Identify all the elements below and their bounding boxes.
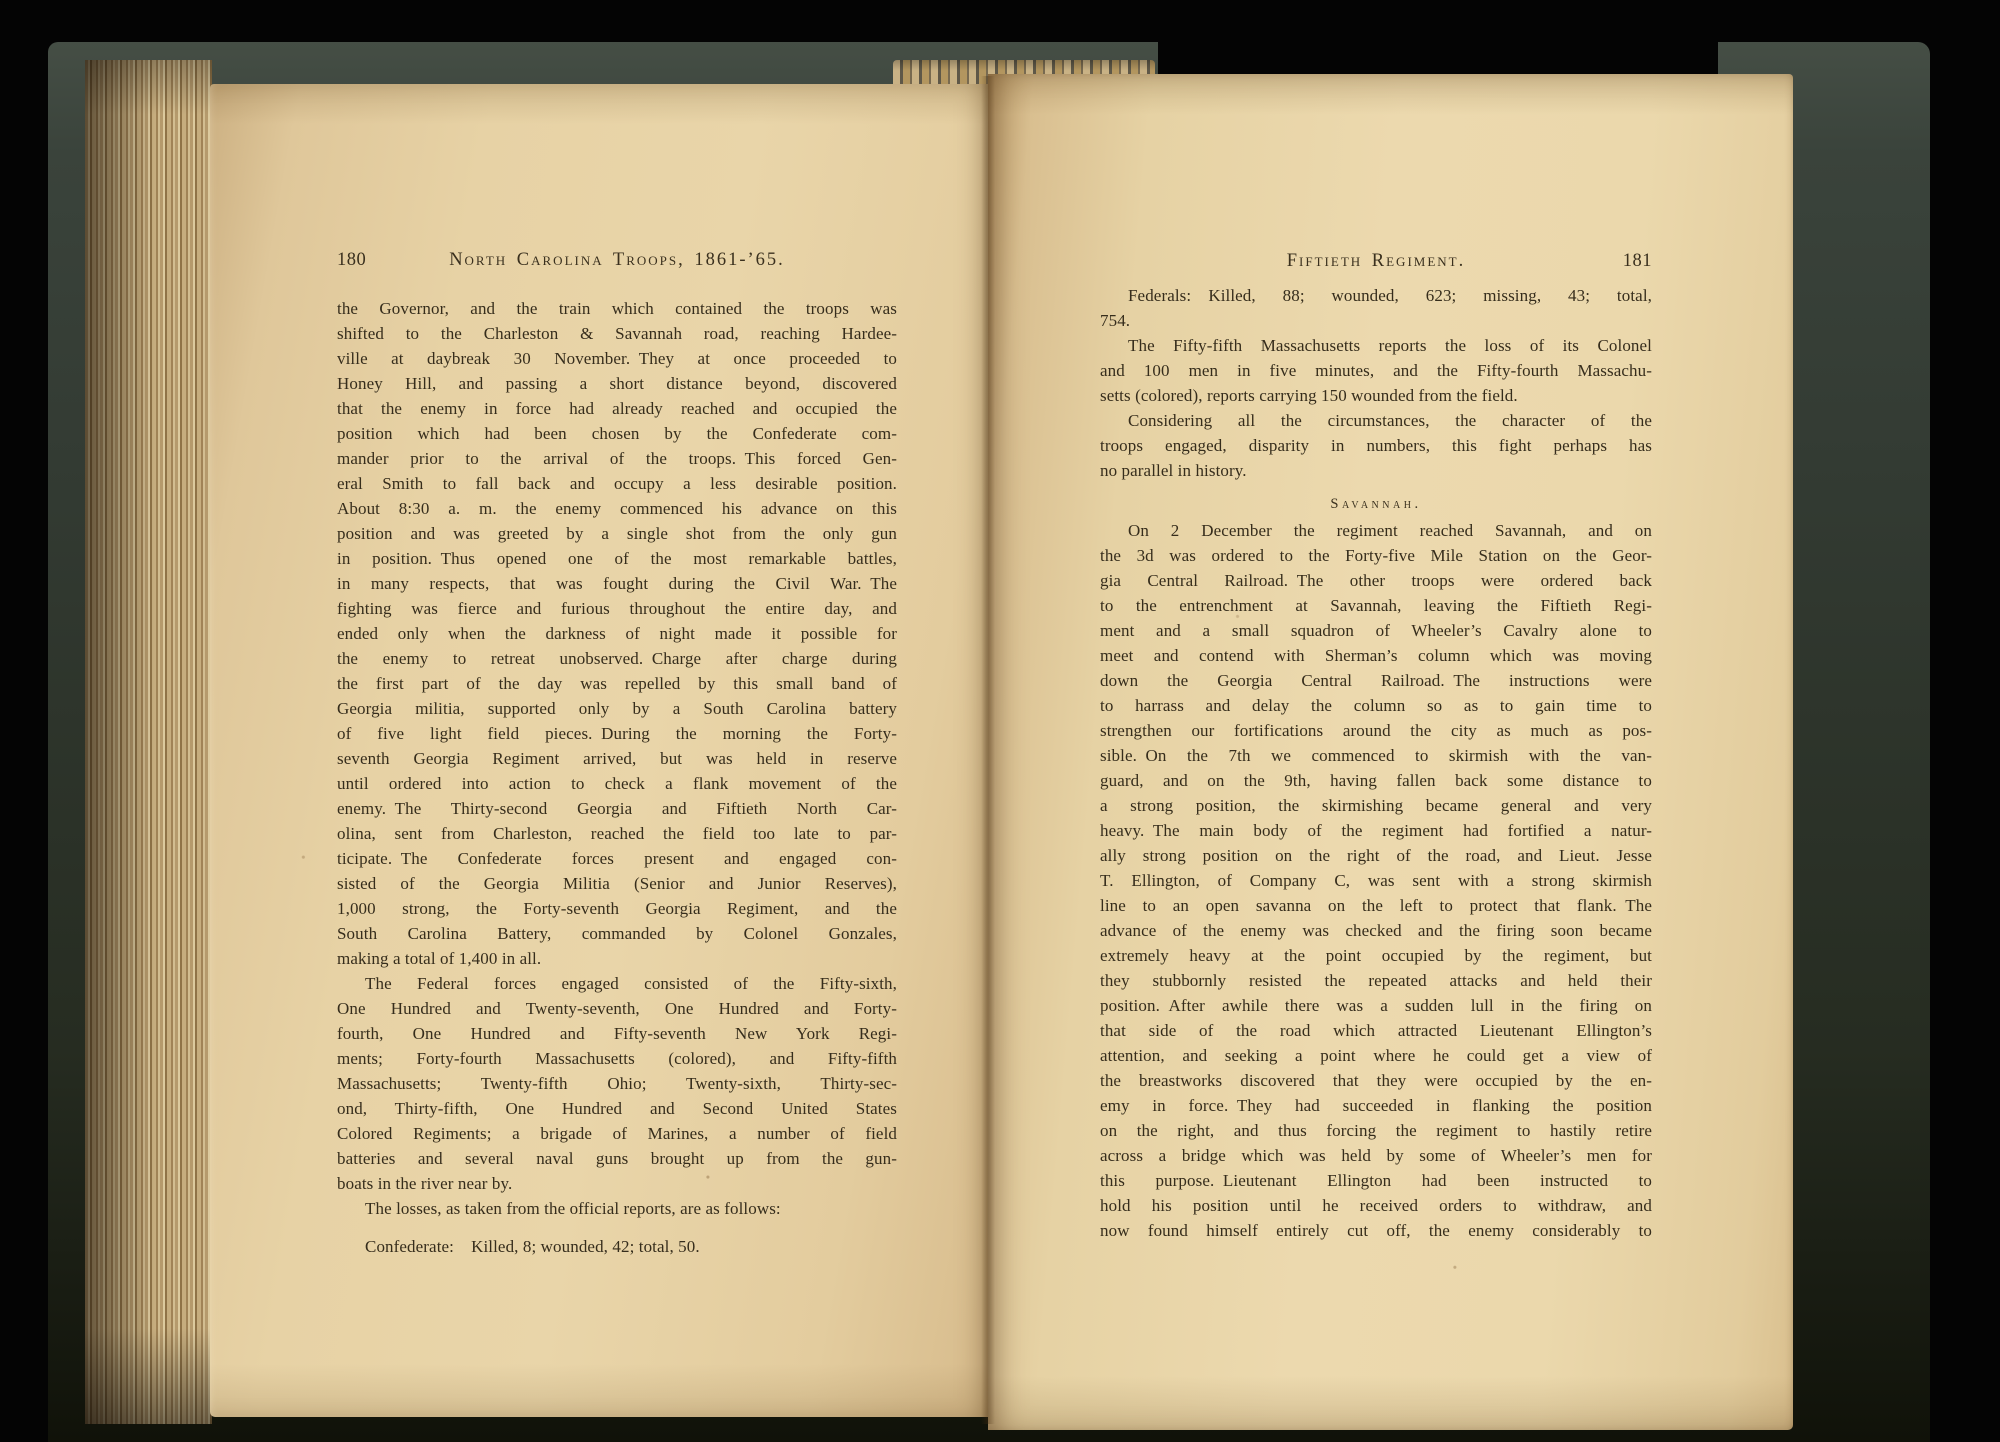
text-line: On 2 December the regiment reached Savan… [1100, 518, 1652, 543]
text-line: About 8:30 a. m. the enemy commenced his… [337, 496, 897, 521]
text-line: ment and a small squadron of Wheeler’s C… [1100, 618, 1652, 643]
text-line: now found himself entirely cut off, the … [1100, 1218, 1652, 1243]
text-line: boats in the river near by. [337, 1171, 897, 1196]
text-line: extremely heavy at the point occupied by… [1100, 943, 1652, 968]
text-line: olina, sent from Charleston, reached the… [337, 821, 897, 846]
text-line: Georgia militia, supported only by a Sou… [337, 696, 897, 721]
text-line: on the right, and thus forcing the regim… [1100, 1118, 1652, 1143]
text-line: of five light field pieces. During the m… [337, 721, 897, 746]
text-line: line to an open savanna on the left to p… [1100, 893, 1652, 918]
text-line: the Governor, and the train which contai… [337, 296, 897, 321]
left-page-body: the Governor, and the train which contai… [337, 296, 897, 1259]
paragraph: Confederate: Killed, 8; wounded, 42; tot… [337, 1234, 897, 1259]
text-line: Federals: Killed, 88; wounded, 623; miss… [1100, 283, 1652, 308]
text-line: shifted to the Charleston & Savannah roa… [337, 321, 897, 346]
section-heading: Savannah. [1100, 492, 1652, 517]
text-line: they stubbornly resisted the repeated at… [1100, 968, 1652, 993]
text-line: The Federal forces engaged consisted of … [337, 971, 897, 996]
text-line: the 3d was ordered to the Forty-five Mil… [1100, 543, 1652, 568]
text-line: the first part of the day was repelled b… [337, 671, 897, 696]
text-line: a strong position, the skirmishing becam… [1100, 793, 1652, 818]
text-line: The losses, as taken from the official r… [337, 1196, 897, 1221]
text-line: fourth, One Hundred and Fifty-seventh Ne… [337, 1021, 897, 1046]
text-line: mander prior to the arrival of the troop… [337, 446, 897, 471]
text-line: Massachusetts; Twenty-fifth Ohio; Twenty… [337, 1071, 897, 1096]
text-line: gia Central Railroad. The other troops w… [1100, 568, 1652, 593]
text-line: the breastworks discovered that they wer… [1100, 1068, 1652, 1093]
right-page-body: Federals: Killed, 88; wounded, 623; miss… [1100, 283, 1652, 1243]
text-line: Honey Hill, and passing a short distance… [337, 371, 897, 396]
text-line: ville at daybreak 30 November. They at o… [337, 346, 897, 371]
page-edge-stack-left [85, 60, 212, 1424]
text-line: making a total of 1,400 in all. [337, 946, 897, 971]
text-line: setts (colored), reports carrying 150 wo… [1100, 383, 1652, 408]
text-line: position. After awhile there was a sudde… [1100, 993, 1652, 1018]
text-line: ond, Thirty-fifth, One Hundred and Secon… [337, 1096, 897, 1121]
left-page-header: 180 North Carolina Troops, 1861-’65. [337, 250, 897, 276]
paragraph: The losses, as taken from the official r… [337, 1196, 897, 1221]
text-line: this purpose. Lieutenant Ellington had b… [1100, 1168, 1652, 1193]
paragraph: the Governor, and the train which contai… [337, 296, 897, 971]
text-line: Colored Regiments; a brigade of Marines,… [337, 1121, 897, 1146]
left-running-title: North Carolina Troops, 1861-’65. [337, 250, 897, 271]
text-line: The Fifty-fifth Massachusetts reports th… [1100, 333, 1652, 358]
text-line: down the Georgia Central Railroad. The i… [1100, 668, 1652, 693]
right-running-title: Fiftieth Regiment. [1100, 251, 1652, 272]
page-edge-stack-right [1793, 56, 1878, 1428]
text-line: and 100 men in five minutes, and the Fif… [1100, 358, 1652, 383]
text-line: strengthen our fortifications around the… [1100, 718, 1652, 743]
paragraph: Considering all the circumstances, the c… [1100, 408, 1652, 483]
text-line: One Hundred and Twenty-seventh, One Hund… [337, 996, 897, 1021]
paragraph: Federals: Killed, 88; wounded, 623; miss… [1100, 283, 1652, 333]
text-line: Confederate: Killed, 8; wounded, 42; tot… [337, 1234, 897, 1259]
text-line: guard, and on the 9th, having fallen bac… [1100, 768, 1652, 793]
text-line: T. Ellington, of Company C, was sent wit… [1100, 868, 1652, 893]
text-line: no parallel in history. [1100, 458, 1652, 483]
page-gutter [981, 76, 995, 1424]
paragraph: On 2 December the regiment reached Savan… [1100, 518, 1652, 1243]
text-line: ticipate. The Confederate forces present… [337, 846, 897, 871]
text-line: batteries and several naval guns brought… [337, 1146, 897, 1171]
background-shadow [1158, 0, 1718, 78]
paragraph: The Federal forces engaged consisted of … [337, 971, 897, 1196]
paragraph: The Fifty-fifth Massachusetts reports th… [1100, 333, 1652, 408]
text-line: in many respects, that was fought during… [337, 571, 897, 596]
text-line: the enemy to retreat unobserved. Charge … [337, 646, 897, 671]
text-line: 754. [1100, 308, 1652, 333]
text-line: emy in force. They had succeeded in flan… [1100, 1093, 1652, 1118]
text-line: to harrass and delay the column so as to… [1100, 693, 1652, 718]
text-line: 1,000 strong, the Forty-seventh Georgia … [337, 896, 897, 921]
left-page: 180 North Carolina Troops, 1861-’65. the… [210, 84, 988, 1417]
text-line: ally strong position on the right of the… [1100, 843, 1652, 868]
text-line: position which had been chosen by the Co… [337, 421, 897, 446]
text-line: that the enemy in force had already reac… [337, 396, 897, 421]
text-line: heavy. The main body of the regiment had… [1100, 818, 1652, 843]
text-line: hold his position until he received orde… [1100, 1193, 1652, 1218]
text-line: seventh Georgia Regiment arrived, but wa… [337, 746, 897, 771]
text-line: enemy. The Thirty-second Georgia and Fif… [337, 796, 897, 821]
text-line: sible. On the 7th we commenced to skirmi… [1100, 743, 1652, 768]
text-line: ended only when the darkness of night ma… [337, 621, 897, 646]
text-line: advance of the enemy was checked and the… [1100, 918, 1652, 943]
text-line: attention, and seeking a point where he … [1100, 1043, 1652, 1068]
text-line: meet and contend with Sherman’s column w… [1100, 643, 1652, 668]
text-line: across a bridge which was held by some o… [1100, 1143, 1652, 1168]
text-line: South Carolina Battery, commanded by Col… [337, 921, 897, 946]
text-line: eral Smith to fall back and occupy a les… [337, 471, 897, 496]
text-line: troops engaged, disparity in numbers, th… [1100, 433, 1652, 458]
text-line: in position. Thus opened one of the most… [337, 546, 897, 571]
text-line: that side of the road which attracted Li… [1100, 1018, 1652, 1043]
right-page: Fiftieth Regiment. 181 Federals: Killed,… [988, 74, 1793, 1430]
text-line: position and was greeted by a single sho… [337, 521, 897, 546]
text-line: Considering all the circumstances, the c… [1100, 408, 1652, 433]
text-line: ments; Forty-fourth Massachusetts (color… [337, 1046, 897, 1071]
text-line: until ordered into action to check a fla… [337, 771, 897, 796]
text-line: sisted of the Georgia Militia (Senior an… [337, 871, 897, 896]
text-line: fighting was fierce and furious througho… [337, 596, 897, 621]
right-page-header: Fiftieth Regiment. 181 [1100, 251, 1652, 277]
text-line: to the entrenchment at Savannah, leaving… [1100, 593, 1652, 618]
book-photo: 180 North Carolina Troops, 1861-’65. the… [0, 0, 2000, 1442]
